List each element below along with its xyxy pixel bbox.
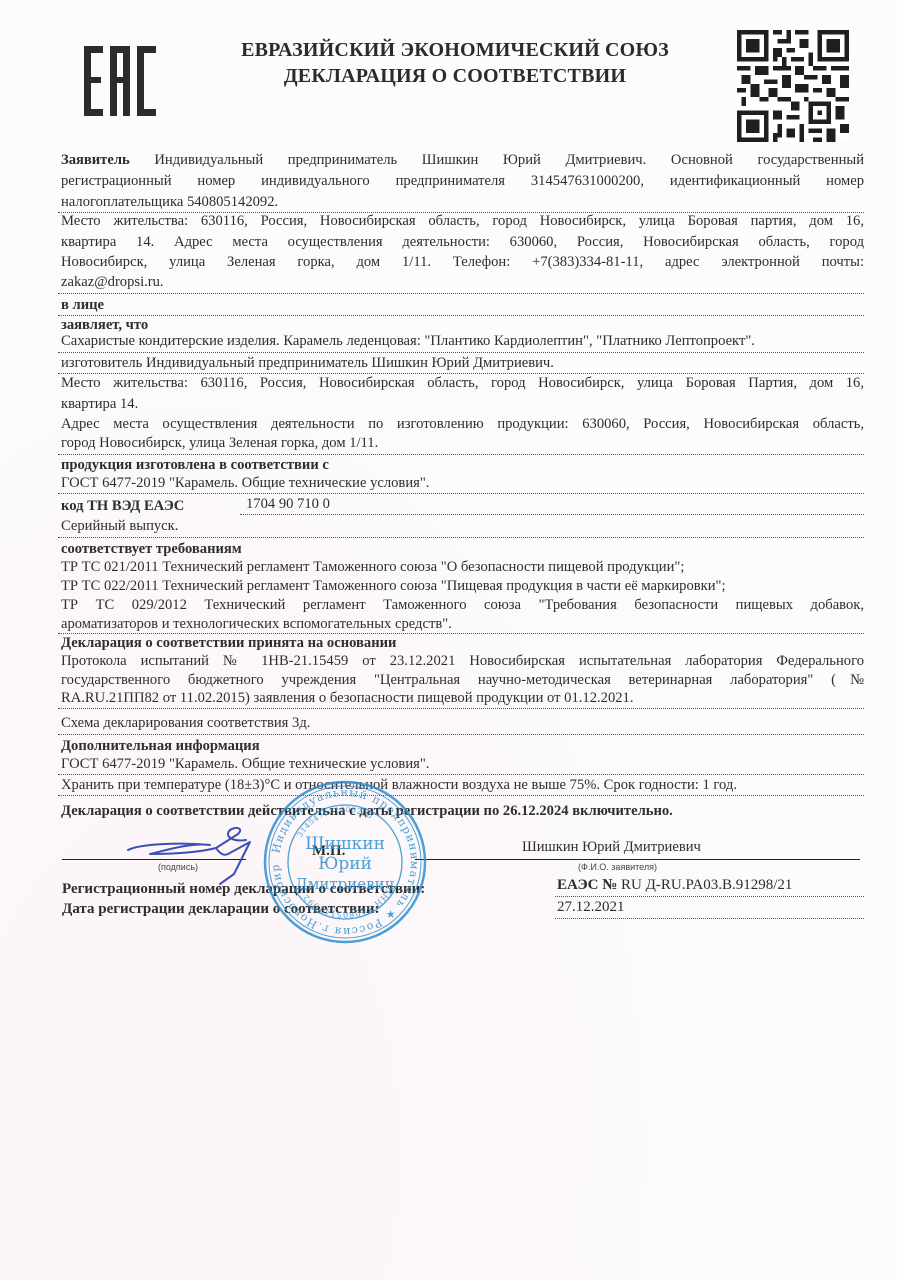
validity-statement: Декларация о соответствии действительна …: [61, 802, 864, 822]
requirement-item: ароматизаторов и технологических вспомог…: [61, 615, 864, 635]
manufacturer-address-2: квартира 14.: [61, 395, 864, 415]
basis-line-3: RA.RU.21ПП82 от 11.02.2015) заявления о …: [61, 689, 864, 709]
divider: [58, 734, 864, 735]
manufacturer-line: изготовитель Индивидуальный предпринимат…: [61, 354, 864, 374]
registration-date: 27.12.2021: [557, 898, 857, 918]
basis-line-2: государственного бюджетного учреждения "…: [61, 671, 864, 691]
basis-label: Декларация о соответствии принята на осн…: [61, 634, 864, 654]
product-description: Сахаристые кондитерские изделия. Карамел…: [61, 332, 864, 352]
requirements-label: соответствует требованиям: [61, 540, 864, 560]
title-line-declaration: ДЕКЛАРАЦИЯ О СООТВЕТСТВИИ: [200, 63, 710, 89]
applicant-address-2: квартира 14. Адрес места осуществления д…: [61, 233, 864, 253]
divider: [58, 537, 864, 538]
declaration-page: ЕВРАЗИЙСКИЙ ЭКОНОМИЧЕСКИЙ СОЮЗ ДЕКЛАРАЦИ…: [0, 0, 897, 1280]
basis-line-1: Протокола испытаний № 1НВ-21.15459 от 23…: [61, 652, 864, 672]
declaration-scheme: Схема декларирования соответствия 3д.: [61, 714, 864, 734]
release-type: Серийный выпуск.: [61, 517, 864, 537]
registration-prefix: ЕАЭС №: [557, 877, 617, 893]
applicant-label: Заявитель: [61, 152, 130, 168]
registration-number: ЕАЭС № RU Д-RU.PA03.B.91298/21: [557, 876, 857, 896]
applicant-line-2: регистрационный номер индивидуального пр…: [61, 172, 864, 192]
hs-code-value: 1704 90 710 0: [246, 495, 446, 515]
name-caption: (Ф.И.О. заявителя): [578, 862, 657, 872]
svg-text:Юрий: Юрий: [318, 854, 372, 874]
applicant-line-3: налогоплательщика 540805142092.: [61, 193, 864, 213]
storage-conditions: Хранить при температуре (18±3)°С и относ…: [61, 776, 864, 796]
svg-text:Шишкин: Шишкин: [305, 834, 385, 854]
manufacturer-address-4: город Новосибирск, улица Зеленая горка, …: [61, 434, 864, 454]
registration-number-value: RU Д-RU.PA03.B.91298/21: [621, 877, 792, 893]
divider: [58, 293, 864, 294]
requirement-item: ТР ТС 029/2012 Технический регламент Там…: [61, 596, 864, 616]
manufacturer-label: изготовитель: [61, 355, 142, 371]
applicant-full-name: Шишкин Юрий Дмитриевич: [522, 838, 822, 858]
divider: [58, 795, 864, 796]
standard-value: ГОСТ 6477-2019 "Карамель. Общие техничес…: [61, 474, 864, 494]
official-stamp-icon: Индивидуальный предприниматель ★ Россия …: [262, 779, 428, 945]
divider: [58, 708, 864, 709]
applicant-line-1: Заявитель Индивидуальный предприниматель…: [61, 151, 864, 171]
manufacturer-address-1: Место жительства: 630116, Россия, Новоси…: [61, 374, 864, 394]
manufacturer-name: Индивидуальный предприниматель Шишкин Юр…: [146, 355, 554, 371]
name-line: [415, 859, 860, 860]
requirement-item: ТР ТС 021/2011 Технический регламент Там…: [61, 558, 864, 578]
standard-label: продукция изготовлена в соответствии с: [61, 456, 864, 476]
applicant-address-3: Новосибирск, улица Зеленая горка, дом 1/…: [61, 253, 864, 273]
page-title: ЕВРАЗИЙСКИЙ ЭКОНОМИЧЕСКИЙ СОЮЗ ДЕКЛАРАЦИ…: [200, 37, 710, 89]
divider: [58, 454, 864, 455]
hs-code-label: код ТН ВЭД ЕАЭС: [61, 497, 241, 517]
divider: [240, 514, 864, 515]
additional-info-standard: ГОСТ 6477-2019 "Карамель. Общие техничес…: [61, 755, 864, 775]
eac-logo-icon: [84, 46, 156, 116]
divider: [555, 918, 864, 919]
requirement-item: ТР ТС 022/2011 Технический регламент Там…: [61, 577, 864, 597]
applicant-address-1: Место жительства: 630116, Россия, Новоси…: [61, 212, 864, 232]
divider: [555, 896, 864, 897]
title-line-union: ЕВРАЗИЙСКИЙ ЭКОНОМИЧЕСКИЙ СОЮЗ: [200, 37, 710, 63]
additional-info-label: Дополнительная информация: [61, 737, 864, 757]
person-label: в лице: [61, 296, 864, 316]
qr-code-icon: [737, 30, 849, 142]
applicant-name: Индивидуальный предприниматель Шишкин Юр…: [154, 152, 864, 168]
divider: [58, 493, 864, 494]
divider: [58, 774, 864, 775]
applicant-email: zakaz@dropsi.ru.: [61, 273, 864, 293]
manufacturer-address-3: Адрес места осуществления деятельности п…: [61, 415, 864, 435]
divider: [58, 352, 864, 353]
svg-text:Дмитриевич: Дмитриевич: [296, 875, 395, 893]
